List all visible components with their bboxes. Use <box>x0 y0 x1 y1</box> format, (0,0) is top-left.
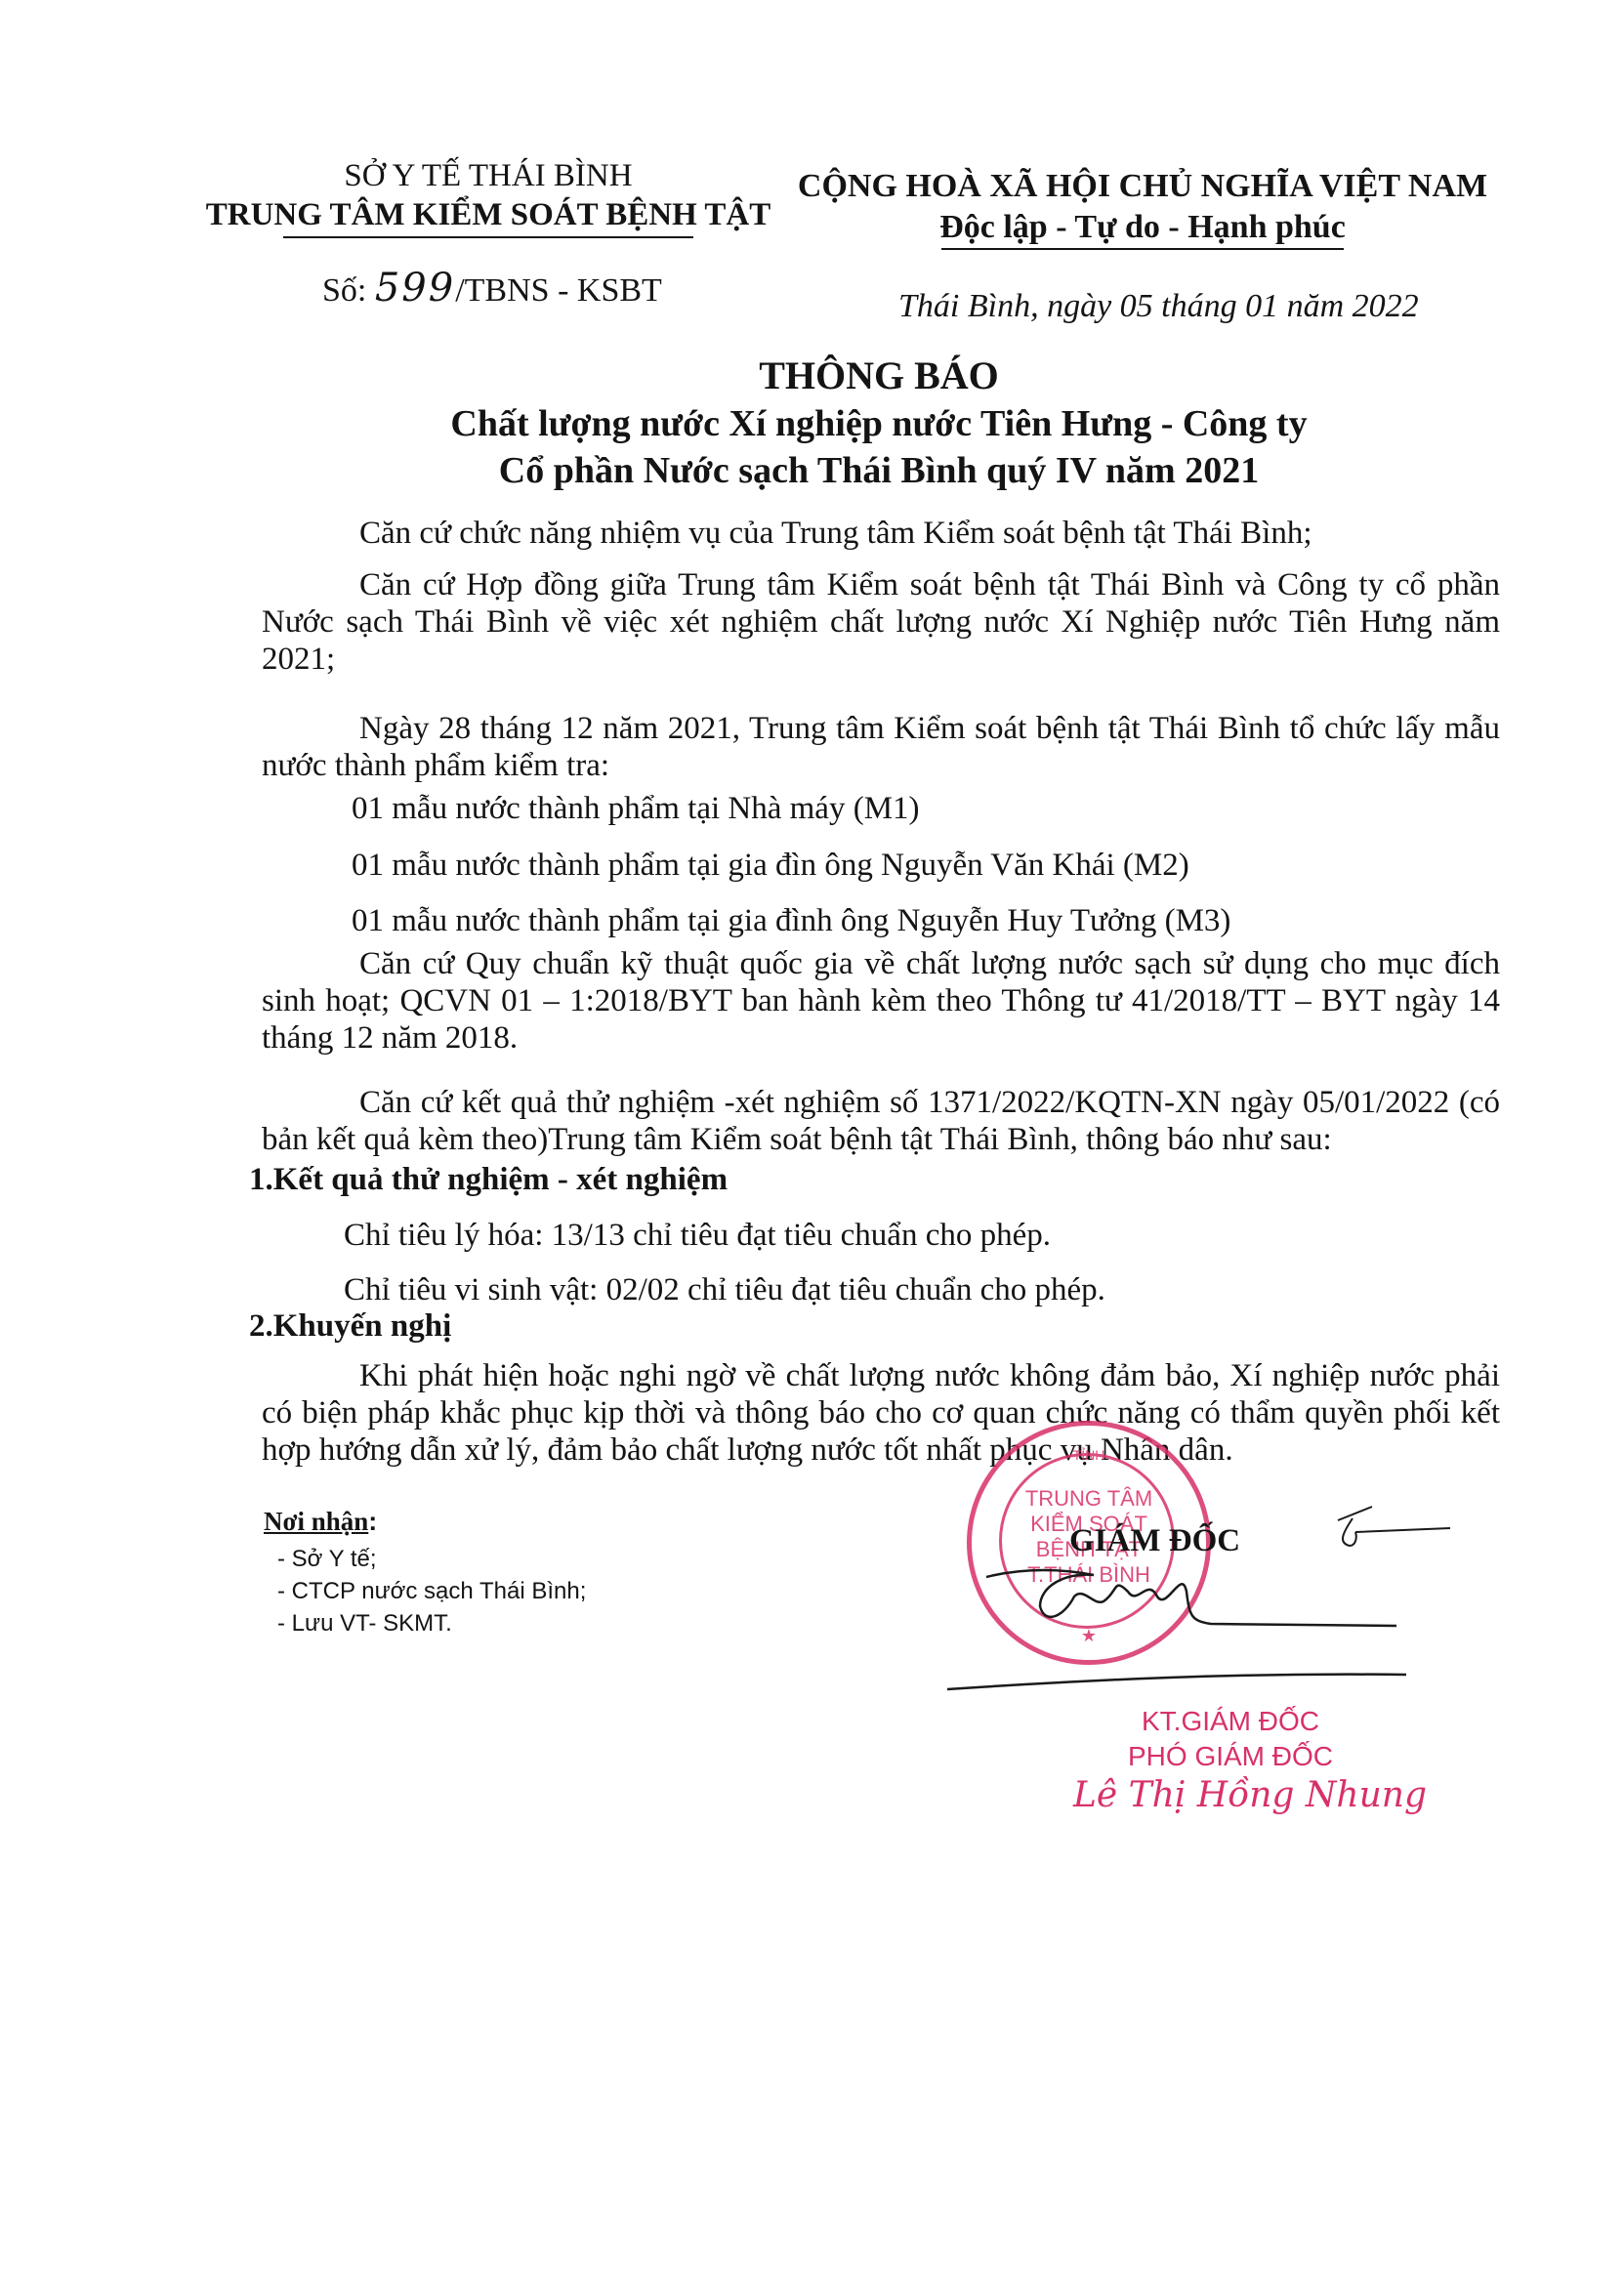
doc-number-suffix: /TBNS - KSBT <box>455 272 662 309</box>
recipient-item: - CTCP nước sạch Thái Bình; <box>277 1575 586 1607</box>
basis-paragraph-3: Căn cứ Quy chuẩn kỹ thuật quốc gia về ch… <box>262 945 1500 1057</box>
deputy-line-2: PHÓ GIÁM ĐỐC <box>1064 1739 1396 1774</box>
motto-underline <box>941 248 1344 250</box>
basis-paragraph-2: Căn cứ Hợp đồng giữa Trung tâm Kiểm soát… <box>262 566 1500 678</box>
doc-number-prefix: Số: <box>322 272 366 309</box>
document-type: THÔNG BÁO <box>293 352 1465 400</box>
issuing-agency: TRUNG TÂM KIỂM SOÁT BỆNH TẬT <box>176 195 801 234</box>
deputy-director-block: KT.GIÁM ĐỐC PHÓ GIÁM ĐỐC <box>1064 1704 1396 1774</box>
sample-item: 01 mẫu nước thành phẩm tại Nhà máy (M1) <box>352 791 920 827</box>
sampling-intro-paragraph: Ngày 28 tháng 12 năm 2021, Trung tâm Kiể… <box>262 710 1500 784</box>
sample-item: 01 mẫu nước thành phẩm tại gia đìn ông N… <box>352 848 1189 884</box>
section-2-heading: 2.Khuyến nghị <box>249 1308 451 1345</box>
place-date: Thái Bình, ngày 05 tháng 01 năm 2022 <box>898 288 1419 325</box>
handwritten-signature <box>947 1499 1455 1694</box>
document-subject-line1: Chất lượng nước Xí nghiệp nước Tiên Hưng… <box>293 400 1465 447</box>
recommendation-paragraph: Khi phát hiện hoặc nghi ngờ về chất lượn… <box>262 1357 1500 1469</box>
recipient-item: - Sở Y tế; <box>277 1543 586 1575</box>
document-number: Số: 599/TBNS - KSBT <box>322 266 662 311</box>
nation-title: CỘNG HOÀ XÃ HỘI CHỦ NGHĨA VIỆT NAM <box>791 166 1494 207</box>
recipient-item: - Lưu VT- SKMT. <box>277 1607 586 1639</box>
agency-underline <box>283 236 693 238</box>
basis-paragraph-1: Căn cứ chức năng nhiệm vụ của Trung tâm … <box>262 515 1500 552</box>
section-1-heading: 1.Kết quả thử nghiệm - xét nghiệm <box>249 1162 728 1198</box>
recipients-heading: Nơi nhận <box>264 1507 368 1536</box>
result-physchem: Chỉ tiêu lý hóa: 13/13 chỉ tiêu đạt tiêu… <box>344 1218 1051 1254</box>
recipients-block: Nơi nhận: - Sở Y tế; - CTCP nước sạch Th… <box>264 1507 586 1639</box>
document-subject-line2: Cổ phần Nước sạch Thái Bình quý IV năm 2… <box>293 447 1465 494</box>
deputy-line-1: KT.GIÁM ĐỐC <box>1064 1704 1396 1739</box>
national-motto: Độc lập - Tự do - Hạnh phúc <box>791 207 1494 248</box>
parent-agency: SỞ Y TẾ THÁI BÌNH <box>176 156 801 195</box>
issuing-agency-block: SỞ Y TẾ THÁI BÌNH TRUNG TÂM KIỂM SOÁT BỆ… <box>176 156 801 238</box>
basis-paragraph-4: Căn cứ kết quả thử nghiệm -xét nghiệm số… <box>262 1084 1500 1158</box>
doc-number-handwritten: 599 <box>375 266 455 311</box>
national-heading-block: CỘNG HOÀ XÃ HỘI CHỦ NGHĨA VIỆT NAM Độc l… <box>791 166 1494 250</box>
signer-name: Lê Thị Hồng Nhung <box>1064 1775 1436 1815</box>
sample-item: 01 mẫu nước thành phẩm tại gia đình ông … <box>352 903 1230 939</box>
document-title-block: THÔNG BÁO Chất lượng nước Xí nghiệp nước… <box>293 352 1465 494</box>
result-microbiology: Chỉ tiêu vi sinh vật: 02/02 chỉ tiêu đạt… <box>344 1272 1105 1308</box>
